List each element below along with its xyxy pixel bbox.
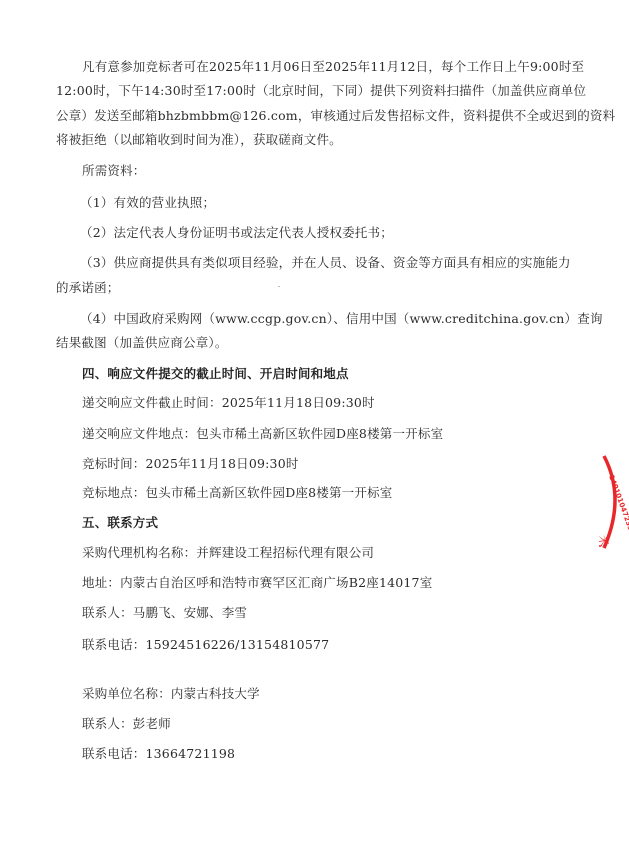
- bidding-time: 竞标时间：2025年11月18日09:30时: [82, 456, 606, 472]
- purchaser-phone: 联系电话：13664721198: [82, 746, 606, 762]
- material-item-3-cont: 的承诺函；: [56, 280, 580, 296]
- purchaser-contact: 联系人：彭老师: [82, 716, 606, 732]
- submission-location: 递交响应文件地点：包头市稀土高新区软件园D座8楼第一开标室: [82, 426, 606, 442]
- official-seal-stamp: 1401010472335 米: [596, 448, 629, 568]
- stamp-char: 米: [596, 534, 612, 547]
- submission-deadline: 递交响应文件截止时间：2025年11月18日09:30时: [82, 395, 606, 411]
- document-page: 凡有意参加竞标者可在2025年11月06日至2025年11月12日，每个工作日上…: [0, 0, 629, 841]
- paragraph-line: 公章）发送至邮箱bhzbmbbm@126.com，审核通过后发售招标文件，资料提…: [56, 108, 580, 124]
- paragraph-line: 凡有意参加竞标者可在2025年11月06日至2025年11月12日，每个工作日上…: [82, 59, 606, 75]
- section-5-heading: 五、联系方式: [82, 515, 606, 531]
- agency-address: 地址：内蒙古自治区呼和浩特市赛罕区汇商广场B2座14017室: [82, 575, 606, 591]
- purchaser-name: 采购单位名称：内蒙古科技大学: [82, 686, 606, 702]
- material-item-4: （4）中国政府采购网（www.ccgp.gov.cn）、信用中国（www.cre…: [80, 311, 604, 327]
- material-item-4-cont: 结果截图（加盖供应商公章）。: [56, 335, 580, 351]
- section-4-heading: 四、响应文件提交的截止时间、开启时间和地点: [82, 366, 606, 382]
- paragraph-line: 12:00时，下午14:30时至17:00时（北京时间，下同）提供下列资料扫描件…: [56, 83, 580, 99]
- material-item-2: （2）法定代表人身份证明书或法定代表人授权委托书；: [80, 225, 604, 241]
- scan-artifact: [278, 286, 280, 287]
- paragraph-line: 将被拒绝（以邮箱收到时间为准），获取磋商文件。: [56, 132, 580, 148]
- material-item-1: （1）有效的营业执照；: [80, 195, 604, 211]
- bidding-location: 竞标地点：包头市稀土高新区软件园D座8楼第一开标室: [82, 485, 606, 501]
- required-materials-title: 所需资料：: [82, 163, 606, 179]
- agency-phone: 联系电话：15924516226/13154810577: [82, 637, 606, 653]
- agency-name: 采购代理机构名称：并辉建设工程招标代理有限公司: [82, 545, 606, 561]
- material-item-3: （3）供应商提供具有类似项目经验，并在人员、设备、资金等方面具有相应的实施能力: [80, 255, 604, 271]
- agency-contacts: 联系人：马鹏飞、安娜、李雪: [82, 605, 606, 621]
